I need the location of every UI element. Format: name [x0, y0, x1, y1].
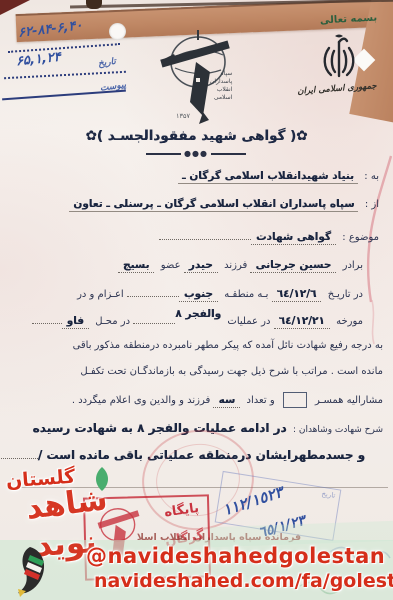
attachment-line [2, 90, 126, 101]
spouse-label: مشارالیه همسـر [315, 395, 383, 406]
sepah-word-1: سپاه [221, 70, 233, 77]
operation-leader-line [133, 314, 175, 324]
sepah-word-3: انقلاب [217, 86, 233, 93]
date-handwriting: ۶۵,۱,۲۴ [15, 50, 61, 70]
operation-name: والفجر ٨ [175, 308, 221, 320]
scan-corner-shadow [0, 0, 30, 15]
body-paragraph-3: مشارالیه همسـر و تعداد سه فرزند و والدین… [72, 392, 383, 408]
son-of-label: فرزند [224, 260, 247, 271]
region-leader-line [127, 287, 179, 297]
date-line [4, 71, 126, 79]
subject-line: موضوع : گواهی شهادت [159, 230, 379, 243]
body-paragraph-2: مانده است . مراتب با شرح ذیل جهت رسیدگی … [80, 366, 383, 377]
flourish-line-left [146, 153, 181, 155]
recipient-value: بنیاد شهیدانقلاب اسلامی گرگان ـ [178, 170, 358, 184]
date2-label: مورخه [336, 316, 363, 327]
region-value: جنوب [179, 288, 218, 302]
sepah-emblem-caption: سپاه پاسداران انقلاب اسلامی [210, 70, 232, 102]
operation-line: مورخه ٦٤/١٢/٢١ در عملیات والفجر ٨ در محـ… [32, 314, 363, 327]
sepah-emblem-year: ۱۳۵۷ [176, 112, 190, 120]
brother-label: برادر [343, 260, 363, 271]
ref-number-line [8, 43, 120, 53]
spouse-box [283, 392, 307, 408]
sepah-word-2: پاسداران [210, 78, 232, 85]
subject-value: گواهی شهادت [251, 231, 336, 245]
martyr-name: حسین جرجانی [250, 259, 336, 273]
description-value-1: در ادامه عملیات والفجر ٨ به شهادت رسیده [33, 421, 287, 435]
place-label: در محـل [95, 316, 130, 327]
region-label: بـه منطقـه [224, 289, 268, 300]
place-leader-line [32, 314, 62, 324]
watermark-handle: @navideshahedgolestan [86, 544, 385, 568]
date-label: تاریخ [97, 57, 116, 69]
member-label: عضو [161, 260, 181, 271]
membership-value: بسیج [118, 259, 154, 273]
subject-label: موضوع : [342, 232, 379, 243]
description-label: شرح شهادت وشاهدان : [293, 425, 383, 435]
description-leader-line [0, 449, 38, 459]
flourish-dots: ●●● [184, 151, 208, 157]
blue-stamp-label: تاریخ [321, 490, 336, 500]
title-flourish: ●●● [146, 151, 246, 157]
dispatch-line: در تاریـخ ٦٤/١٢/٦ بـه منطقـه جنوب اعـزام… [77, 287, 363, 300]
sender-label: از : [365, 199, 379, 210]
navid-bird-icon [10, 543, 58, 599]
doc-title: ✿( گواهی شهید مفقودالجسـد )✿ [0, 128, 393, 144]
dispatch-text: اعـزام و در [77, 289, 124, 300]
sepah-word-4: اسلامی [214, 94, 233, 101]
body-paragraph-1: به درجه رفیع شهادت نائل آمده که پیکر مطه… [73, 340, 383, 351]
recipient-label: به : [364, 171, 379, 182]
scanned-certificate: بسمه تعالی جمهوری اسلامی ایران سپاه پاسد… [0, 0, 393, 600]
flourish-line-right [211, 153, 246, 155]
date1-label: در تاریـخ [328, 289, 363, 300]
sender-value: سپاه پاسداران انقلاب اسلامی گرگان ـ پرسن… [69, 198, 358, 212]
father-name: حیدر [184, 259, 218, 273]
stamp-word-paygah: پایگاه [164, 501, 200, 520]
punch-hole [109, 23, 126, 40]
watermark-url: navideshahed.com/fa/golestan [94, 570, 393, 592]
dispatch-date: ٦٤/١٢/٦ [272, 288, 322, 302]
soldier-line: برادر حسین جرجانی فرزند حیدر عضو بسیج [118, 259, 363, 271]
martyrdom-date: ٦٤/١٢/٢١ [274, 315, 330, 329]
tape-notch [86, 0, 102, 9]
children-rest: فرزند و والدین وی اعلام میگردد . [72, 395, 210, 406]
iran-emblem-icon [317, 34, 361, 84]
place-value: فاو [62, 315, 89, 329]
count-label: و تعداد [247, 395, 275, 406]
recipient-line: به : بنیاد شهیدانقلاب اسلامی گرگان ـ [178, 170, 379, 182]
subject-leader-line [159, 230, 251, 240]
operation-label: در عملیات [227, 316, 270, 327]
children-count: سه [213, 394, 240, 408]
sender-line: از : سپاه پاسداران انقلاب اسلامی گرگان ـ… [69, 198, 379, 210]
